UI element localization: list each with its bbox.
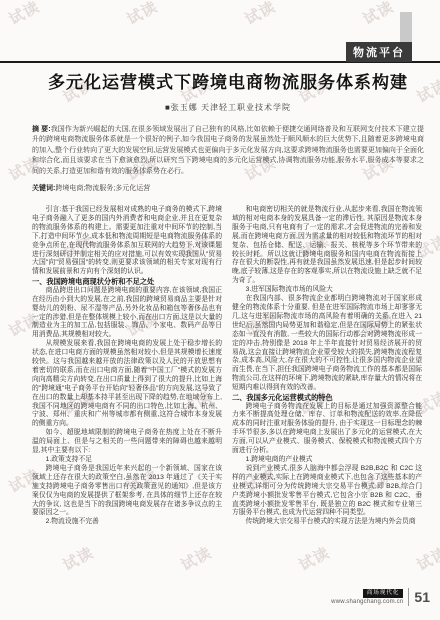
sub-heading: 1.跨境电商的产业模式	[232, 456, 422, 465]
watermark-text: 试读	[295, 542, 333, 576]
sub-heading: 3.进军国际物流市场的风险大	[232, 286, 422, 295]
footer-divider	[408, 588, 409, 606]
keywords-label: 关键词:	[32, 185, 55, 192]
keywords-line: 关键词:跨境电商;物流服务;多元化运营	[32, 184, 424, 194]
section-heading: 一、我国跨境电商现状分析和不足之处	[32, 277, 222, 287]
watermark-text: 试读	[177, 542, 215, 576]
keywords-text: 跨境电商;物流服务;多元化运营	[55, 185, 150, 192]
paragraph: 从规模发展来看,我国在跨境电商的发展上处于稳步增长的状态,在进口电商方面的规模虽…	[32, 340, 222, 429]
paragraph: 传统跨境大宗交易平台模式的实现方法是为境内外会员商	[232, 518, 422, 527]
watermark-text: 试读	[413, 542, 440, 576]
author-line: ■张玉娜 天津轻工职业技术学院	[32, 102, 424, 113]
article-title: 多元化运营模式下跨境电商物流服务体系构建	[32, 72, 424, 94]
paragraph: 引言:基于我国已经发展相对成熟的电子商务的模式下,跨境电子商务融入了更多的国内外…	[32, 206, 222, 277]
watermark-text: 试读	[123, 0, 161, 29]
abstract-label: 摘 要:	[32, 126, 51, 133]
abstract-text: 我国作为新兴崛起的大国,在很多领域发展出了自己独有的风格,比如依赖于便捷交通网络…	[32, 126, 424, 175]
section-tag-label: 物流平台	[353, 44, 405, 60]
section-heading: 二、我国多元化运营模式的特色	[232, 393, 422, 403]
paragraph: 和电商密切相关的就是物流行业,从起步来看,我国在物流领域的相对电商本身的发展具备…	[232, 206, 422, 286]
abstract: 摘 要:我国作为新兴崛起的大国,在很多领域发展出了自己独有的风格,比如依赖于便捷…	[32, 125, 424, 177]
paragraph: 跨境电子商务物流在发展上的目标是通过加强资源整合能力来不断提高处理仓储、库存、订…	[232, 403, 422, 456]
watermark-text: 试读	[359, 0, 397, 29]
article-content: 多元化运营模式下跨境电商物流服务体系构建 ■张玉娜 天津轻工职业技术学院 摘 要…	[32, 66, 424, 527]
watermark-text: 试读	[5, 0, 43, 29]
journal-info: 商场现代化 www.shangchang.com.cn	[331, 589, 403, 605]
two-column-body: 引言:基于我国已经发展相对成熟的电子商务的模式下,跨境电子商务融入了更多的国内外…	[32, 206, 424, 527]
left-column: 引言:基于我国已经发展相对成熟的电子商务的模式下,跨境电子商务融入了更多的国内外…	[32, 206, 222, 527]
page-footer: 商场现代化 www.shangchang.com.cn 51	[331, 588, 430, 606]
sub-heading: 1.政策支持不足	[32, 456, 222, 465]
paragraph: 商品跨进出口问题是跨境电商的重要内容,在该领域,我国正在经历由小到大的发展,在之…	[32, 287, 222, 340]
paragraph: 如今、超脱地域限制的跨境电子商务在热度上处在不断升温的局面上、但是与之相关的一些…	[32, 429, 222, 456]
sub-heading: 2.物流设施不完善	[32, 518, 222, 527]
page-number: 51	[414, 589, 430, 605]
watermark-text: 试读	[241, 0, 279, 29]
paragraph: 在我国内部、很多物流企业都明白跨境物流对于国家形成健全的物流体系十分重要, 但是…	[232, 295, 422, 393]
section-tag: 物流平台	[346, 42, 412, 62]
journal-website: www.shangchang.com.cn	[331, 599, 403, 605]
right-column: 和电商密切相关的就是物流行业,从起步来看,我国在物流领域的相对电商本身的发展具备…	[232, 206, 422, 527]
journal-badge: 商场现代化	[363, 589, 404, 598]
paragraph: 跨境电子商务是我国近年来兴起的一个新领域、国家在该领域上还存在很大的政策空白,虽…	[32, 465, 222, 518]
watermark-text: 试读	[59, 542, 97, 576]
paragraph: 说到产业模式,很多人脑海中都会浮现 B2B,B2C 和 C2C 这样的产业模式,…	[232, 465, 422, 518]
scanned-paper-page: 试读试读试读试读试读试读试读试读试读试读试读试读试读试读试读试读试读试读试读试读…	[0, 0, 440, 620]
